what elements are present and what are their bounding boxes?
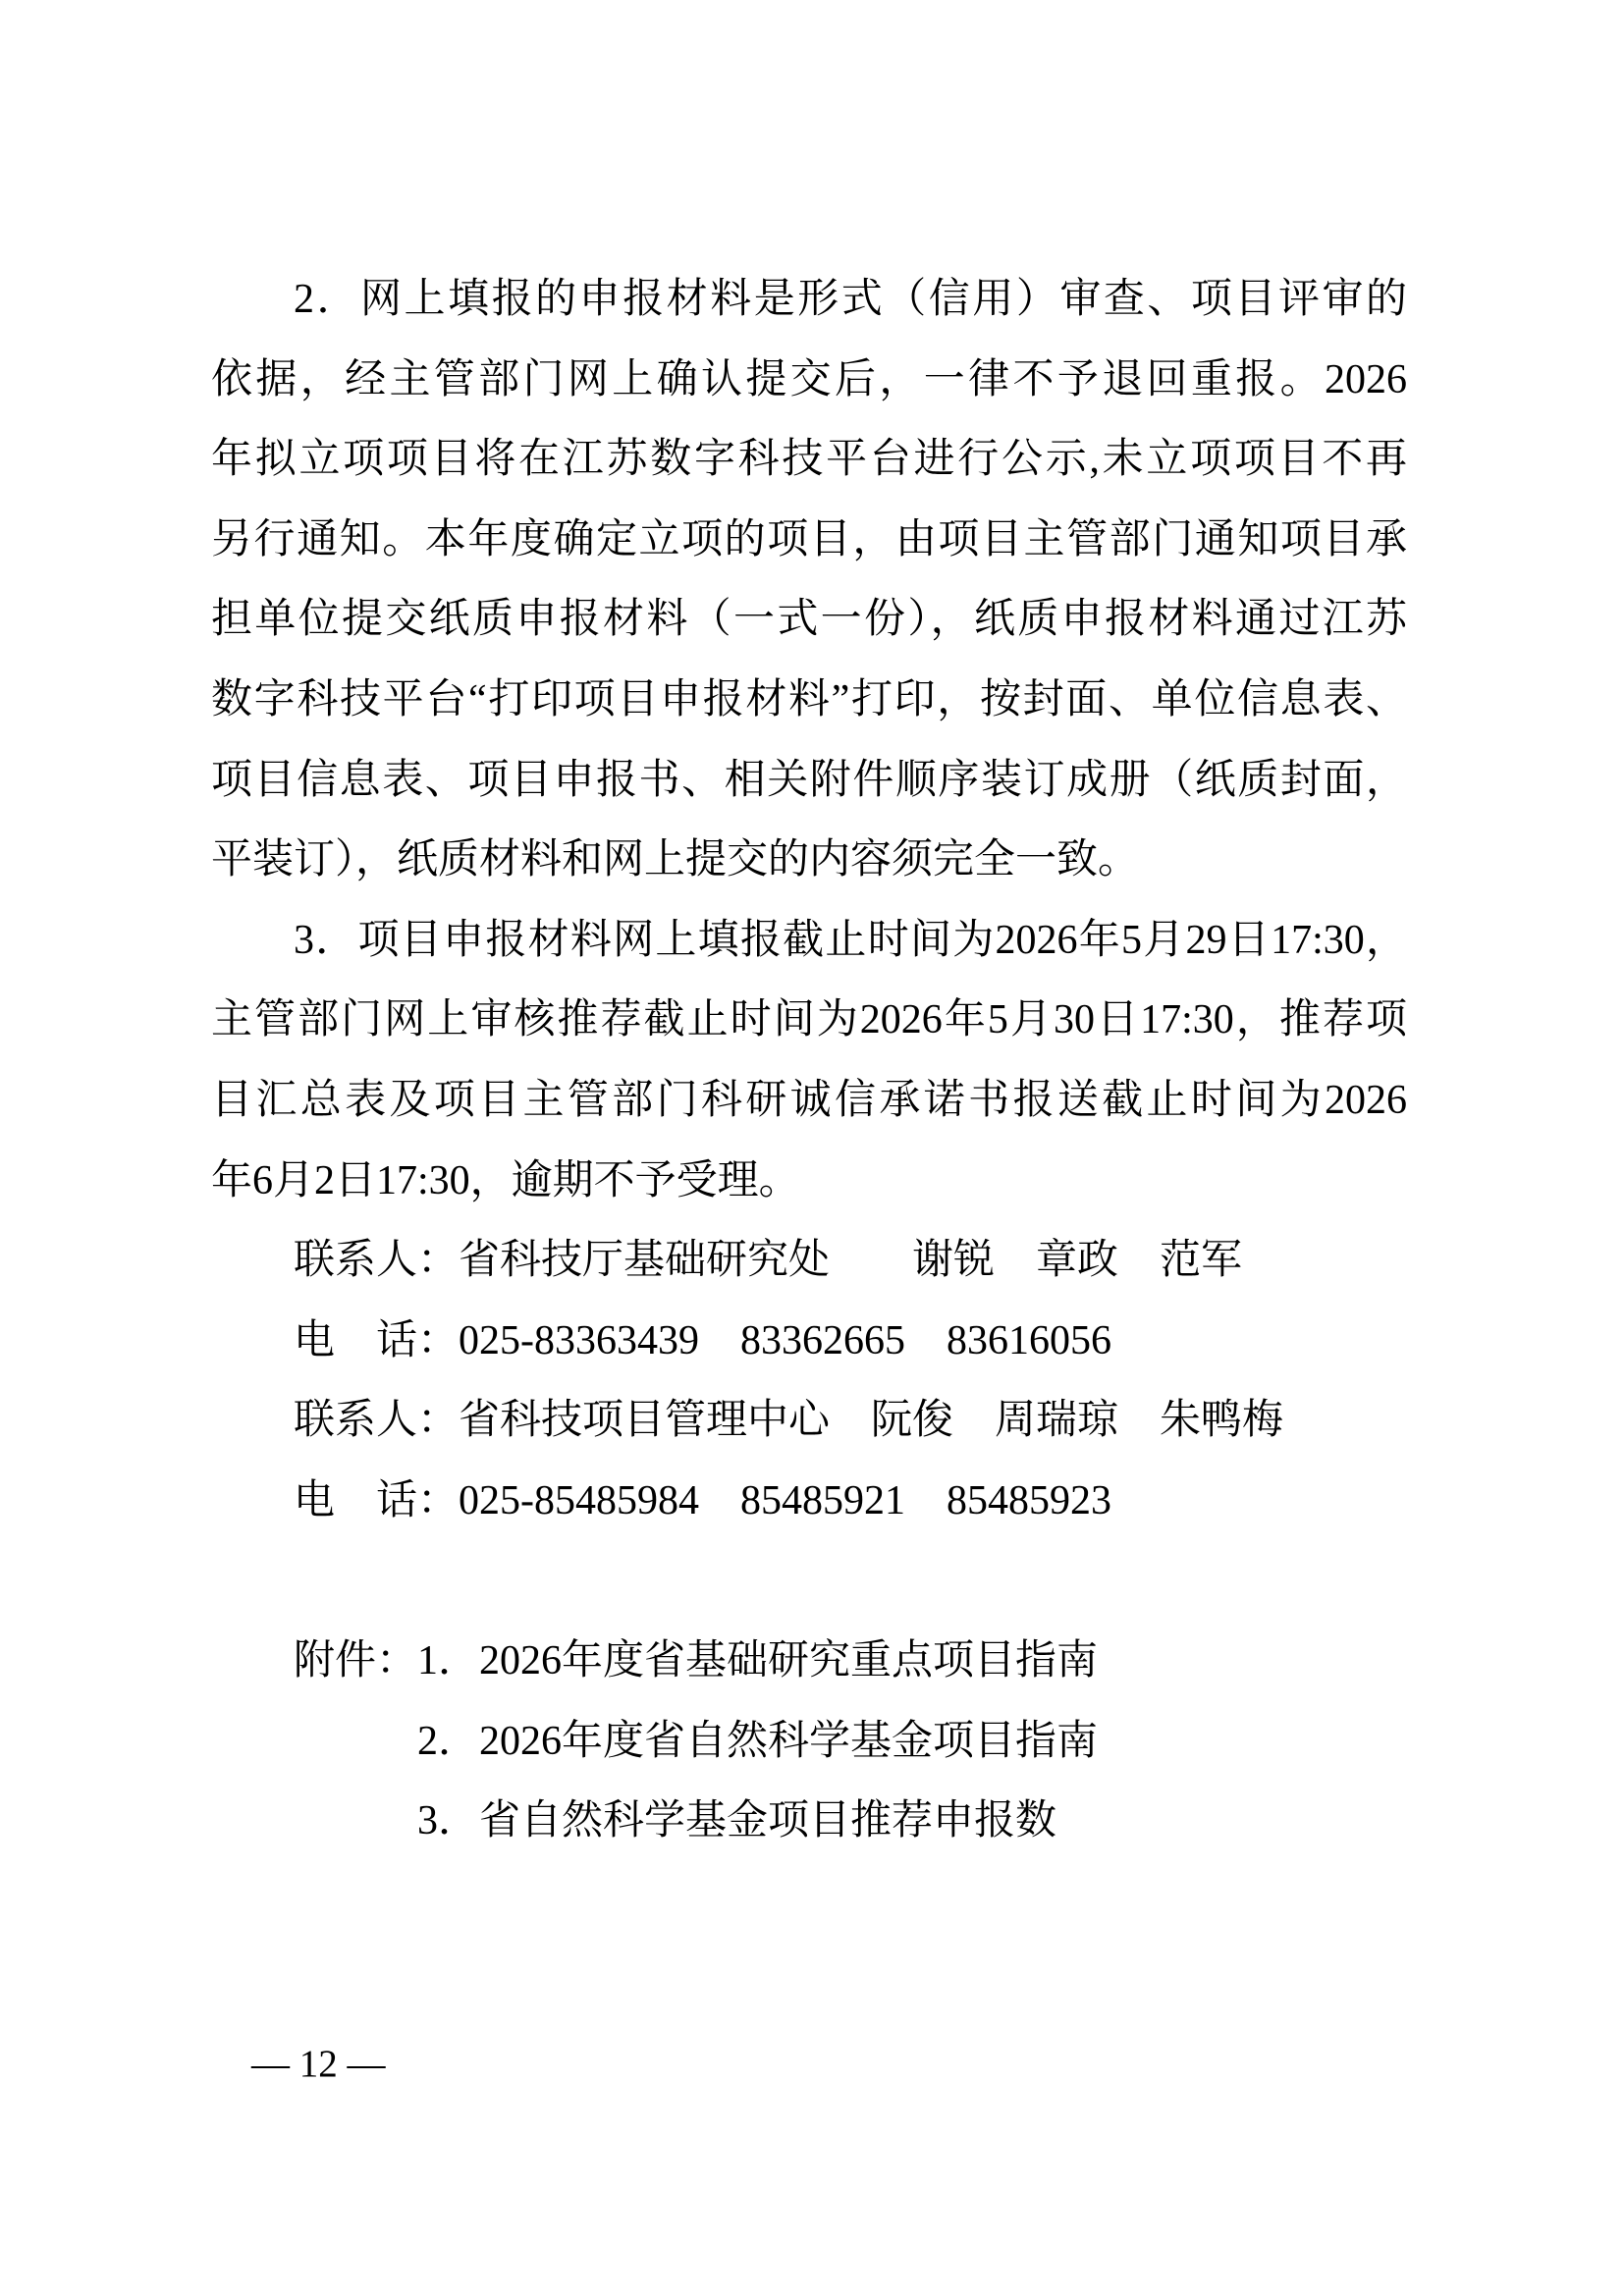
paragraph-line: 年拟立项项目将在江苏数字科技平台进行公示,未立项项目不再 [211,420,1407,501]
paragraph-line: 3．项目申报材料网上填报截止时间为2026年5月29日17:30， [211,901,1407,982]
paragraph-line: 平装订），纸质材料和网上提交的内容须完全一致。 [211,821,1407,901]
contact-line: 电 话：025-83363439 83362665 83616056 [211,1302,1407,1382]
paragraph-line: 数字科技平台“打印项目申报材料”打印，按封面、单位信息表、 [211,661,1407,741]
paragraph-line: 担单位提交纸质申报材料（一式一份），纸质申报材料通过江苏 [211,580,1407,661]
document-page: 2．网上填报的申报材料是形式（信用）审查、项目评审的 依据，经主管部门网上确认提… [0,0,1624,2296]
page-number: — 12 — [251,2045,386,2083]
document-content: 2．网上填报的申报材料是形式（信用）审查、项目评审的 依据，经主管部门网上确认提… [211,260,1407,1862]
paragraph-line: 2．网上填报的申报材料是形式（信用）审查、项目评审的 [211,260,1407,341]
paragraph-line: 目汇总表及项目主管部门科研诚信承诺书报送截止时间为2026 [211,1061,1407,1142]
attachment-line: 3．省自然科学基金项目推荐申报数 [211,1782,1407,1862]
paragraph-line: 主管部门网上审核推荐截止时间为2026年5月30日17:30，推荐项 [211,981,1407,1061]
contact-line: 电 话：025-85485984 85485921 85485923 [211,1462,1407,1542]
attachment-line: 2．2026年度省自然科学基金项目指南 [211,1702,1407,1783]
blank-line [211,1542,1407,1623]
paragraph-line: 项目信息表、项目申报书、相关附件顺序装订成册（纸质封面， [211,741,1407,822]
attachment-item: 2．2026年度省自然科学基金项目指南 [417,1719,1098,1764]
paragraph-line: 年6月2日17:30，逾期不予受理。 [211,1142,1407,1222]
attachment-item: 3．省自然科学基金项目推荐申报数 [417,1798,1056,1843]
attachment-line: 附件：1．2026年度省基础研究重点项目指南 [211,1622,1407,1702]
contact-line: 联系人：省科技项目管理中心 阮俊 周瑞琼 朱鸭梅 [211,1381,1407,1462]
paragraph-line: 依据，经主管部门网上确认提交后，一律不予退回重报。2026 [211,341,1407,421]
attachment-label: 附件： [294,1638,417,1683]
contact-line: 联系人：省科技厅基础研究处 谢锐 章政 范军 [211,1221,1407,1302]
paragraph-line: 另行通知。本年度确定立项的项目，由项目主管部门通知项目承 [211,501,1407,581]
attachment-item: 1．2026年度省基础研究重点项目指南 [417,1638,1098,1683]
